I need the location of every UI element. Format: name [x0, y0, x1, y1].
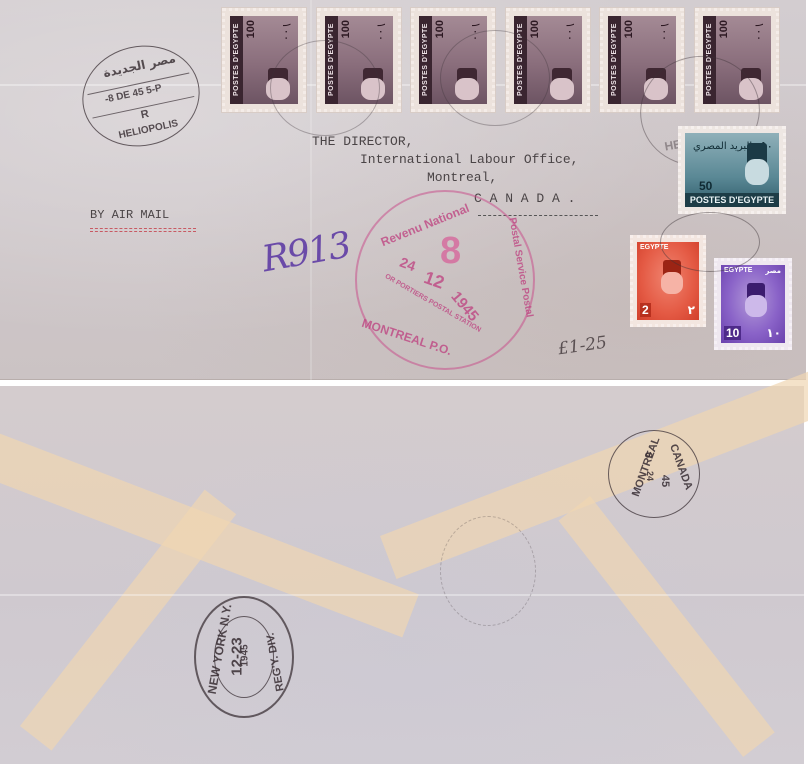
stamp-denomination: 2: [640, 303, 651, 317]
stamp-country-label: POSTES D'EGYPTE: [608, 16, 621, 104]
postmark-date: -8 DE 45 5-P: [104, 83, 163, 106]
stamp-country-label: POSTES D'EGYPTE: [419, 16, 432, 104]
stamp-arabic-value: ١٠: [766, 326, 781, 340]
stamp-denomination: 50: [699, 179, 712, 193]
arabic-cancel-postmark: [660, 212, 760, 272]
airmail-label: BY AIR MAIL: [90, 208, 169, 222]
backstamp-country: CANADA: [667, 443, 695, 492]
stamp-arabic-value: ١٠٠: [658, 22, 672, 41]
faint-transit-postmark: [440, 516, 536, 626]
stamp-denomination: 100: [718, 20, 730, 38]
stamp-arabic-value: ١٠٠: [564, 22, 578, 41]
envelope-front: مصر الجديدة -8 DE 45 5-P R HELIOPOLIS PO…: [0, 0, 806, 380]
heliopolis-postmark: مصر الجديدة -8 DE 45 5-P R HELIOPOLIS: [73, 35, 209, 157]
stamp-arabic-value: ١٠٠: [375, 22, 389, 41]
stamp-arabic-value: ٢: [688, 303, 695, 317]
king-portrait: [661, 272, 683, 294]
backstamp-day: 24: [645, 471, 655, 481]
stamp-denomination: 100: [245, 20, 257, 38]
stamp-50-mills: البريد المصري ٥٠ 50 POSTES D'EGYPTE: [678, 126, 786, 214]
king-portrait: [745, 159, 769, 185]
backstamp-year: 45: [659, 475, 671, 487]
airmail-underline: [90, 228, 196, 232]
flap-tape-lower-right: [558, 496, 774, 757]
stamp-denomination: 100: [340, 20, 352, 38]
stamp-denomination: 10: [724, 326, 741, 340]
backstamp-city: MONTREAL: [630, 436, 663, 499]
stamp-denomination: 100: [623, 20, 635, 38]
postmark-arabic: مصر الجديدة: [102, 51, 177, 80]
address-line-2: International Labour Office,: [360, 152, 578, 167]
postmark-city: HELIOPOLIS: [118, 118, 180, 141]
stamp-denomination: 100: [434, 20, 446, 38]
montreal-backstamp: MONTREAL CANADA 6 24 45: [608, 430, 700, 518]
stamp-denomination: 100: [529, 20, 541, 38]
stamp-arabic-value: ١٠٠: [753, 22, 767, 41]
registration-number: R913: [259, 225, 353, 281]
price-note: £1-25: [557, 333, 608, 360]
envelope-back: MONTREAL CANADA 6 24 45 NEW YORK N.Y. RE…: [0, 386, 804, 764]
new-york-registry-backstamp: NEW YORK N.Y. REG'Y. DIV. 12-23 1945: [194, 596, 294, 718]
address-line-3: Montreal,: [427, 170, 497, 185]
paper-crease: [0, 594, 804, 596]
king-portrait: [550, 78, 574, 100]
stamp-arabic-title: البريد المصري: [693, 141, 752, 152]
backstamp-hour: 6: [642, 452, 654, 458]
address-line-1: THE DIRECTOR,: [312, 134, 413, 149]
strip-cancel-postmark: [270, 40, 380, 136]
cachet-number: 8: [440, 230, 461, 273]
stamp-country-label: POSTES D'EGYPTE: [685, 193, 779, 207]
strip-cancel-postmark: [440, 30, 550, 126]
postmark-registration-letter: R: [140, 108, 150, 121]
stamp-10-mills: EGYPTE مصر 10 ١٠: [714, 258, 792, 350]
stamp-arabic-value: ١٠٠: [280, 22, 294, 41]
king-portrait: [745, 295, 767, 317]
stamp-arabic-country: مصر: [765, 267, 781, 275]
backstamp-year: 1945: [240, 644, 251, 666]
stamp-country-label: POSTES D'EGYPTE: [230, 16, 243, 104]
